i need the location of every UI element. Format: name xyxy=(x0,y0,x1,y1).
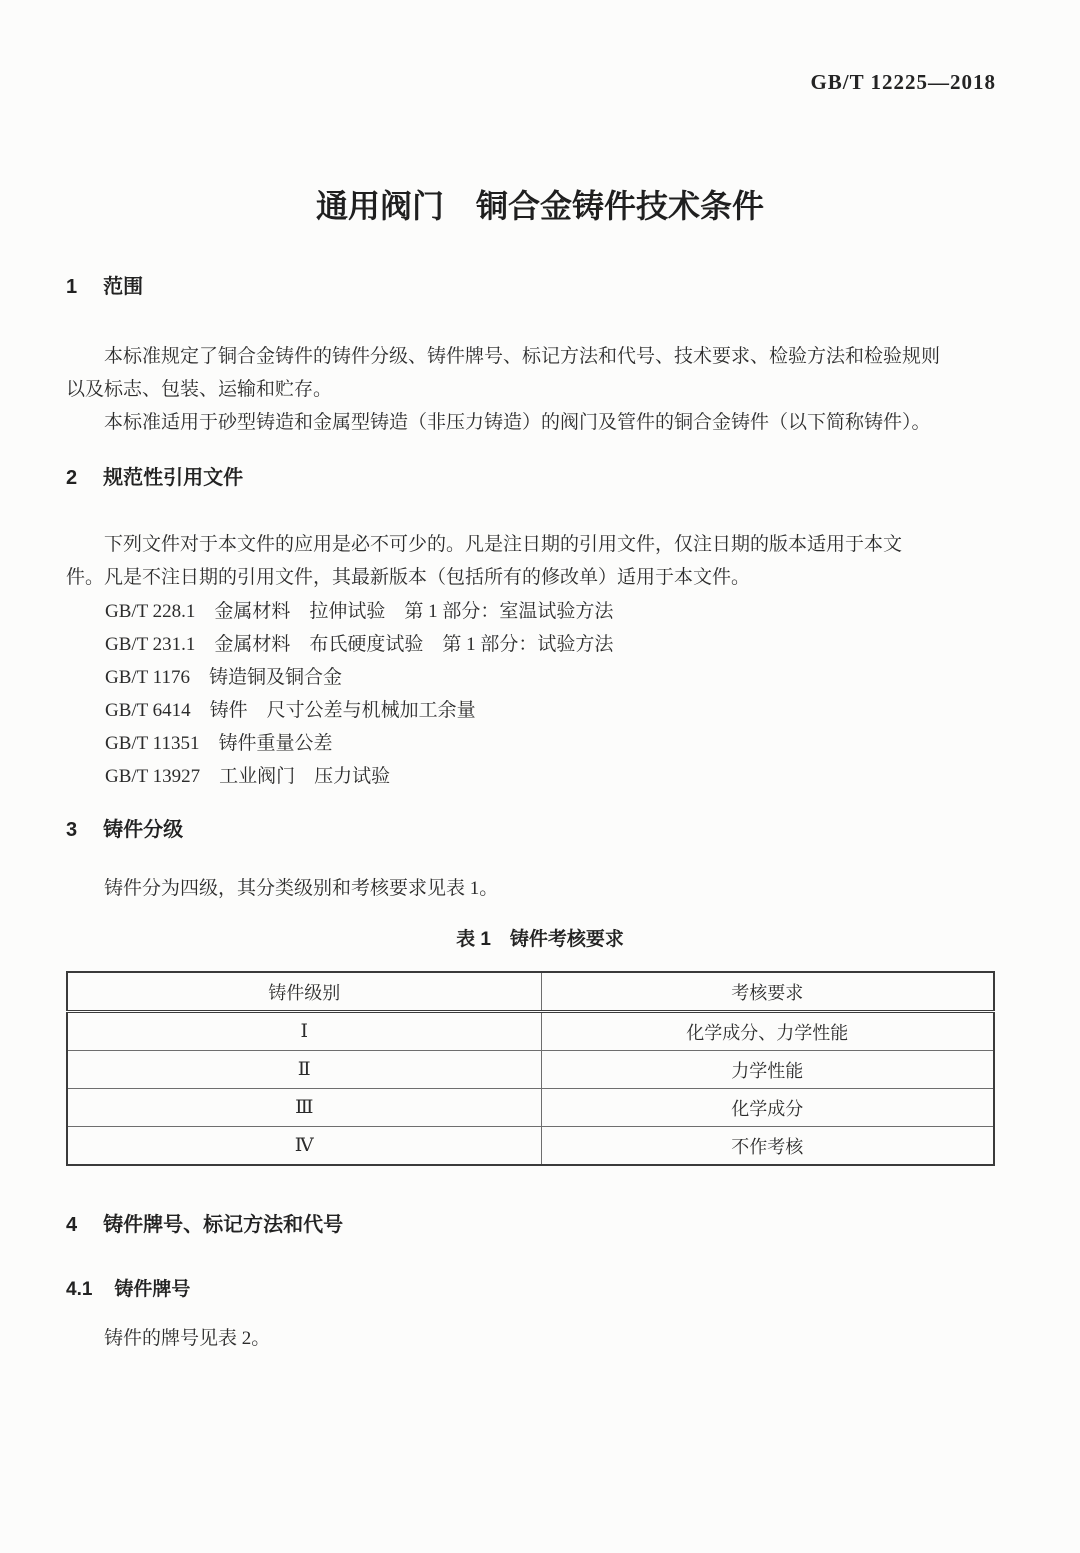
table-1: 铸件级别 考核要求 Ⅰ 化学成分、力学性能 Ⅱ 力学性能 Ⅲ 化学成分 Ⅳ 不作… xyxy=(66,971,995,1166)
section-2-body: 下列文件对于本文件的应用是必不可少的。凡是注日期的引用文件，仅注日期的版本适用于… xyxy=(66,528,1010,594)
table-row: Ⅰ 化学成分、力学性能 xyxy=(67,1012,994,1051)
paragraph-line: 以及标志、包装、运输和贮存。 xyxy=(66,373,1010,406)
section-2-title: 规范性引用文件 xyxy=(103,467,243,489)
table-cell-requirement: 化学成分、力学性能 xyxy=(541,1012,994,1051)
section-2-heading: 2规范性引用文件 xyxy=(66,464,243,492)
table-row: Ⅱ 力学性能 xyxy=(67,1051,994,1089)
reference-item: GB/T 13927 工业阀门 压力试验 xyxy=(105,760,613,793)
table-1-header-cell: 考核要求 xyxy=(541,972,994,1012)
section-1-number: 1 xyxy=(66,273,77,301)
table-1-header-cell: 铸件级别 xyxy=(67,972,541,1012)
table-cell-grade: Ⅳ xyxy=(67,1127,541,1166)
standard-code: GB/T 12225—2018 xyxy=(810,70,996,95)
section-4-title: 铸件牌号、标记方法和代号 xyxy=(103,1214,343,1236)
table-row: Ⅳ 不作考核 xyxy=(67,1127,994,1166)
table-1-caption: 表 1 铸件考核要求 xyxy=(0,924,1080,951)
document-title: 通用阀门 铜合金铸件技术条件 xyxy=(0,186,1080,226)
reference-item: GB/T 228.1 金属材料 拉伸试验 第 1 部分：室温试验方法 xyxy=(105,595,613,628)
section-2-number: 2 xyxy=(66,464,77,492)
table-cell-requirement: 化学成分 xyxy=(541,1089,994,1127)
reference-item: GB/T 1176 铸造铜及铜合金 xyxy=(105,661,613,694)
reference-item: GB/T 231.1 金属材料 布氏硬度试验 第 1 部分：试验方法 xyxy=(105,628,613,661)
paragraph-line: 本标准适用于砂型铸造和金属型铸造（非压力铸造）的阀门及管件的铜合金铸件（以下简称… xyxy=(66,406,1010,439)
table-row: Ⅲ 化学成分 xyxy=(67,1089,994,1127)
section-1-heading: 1范围 xyxy=(66,273,143,301)
reference-item: GB/T 6414 铸件 尺寸公差与机械加工余量 xyxy=(105,694,613,727)
paragraph-line: 下列文件对于本文件的应用是必不可少的。凡是注日期的引用文件，仅注日期的版本适用于… xyxy=(66,528,1010,561)
normative-references-list: GB/T 228.1 金属材料 拉伸试验 第 1 部分：室温试验方法 GB/T … xyxy=(105,595,613,793)
section-4-body: 铸件的牌号见表 2。 xyxy=(66,1322,1010,1355)
section-4-number: 4 xyxy=(66,1211,77,1239)
table-cell-requirement: 不作考核 xyxy=(541,1127,994,1166)
section-4-1-title: 铸件牌号 xyxy=(114,1279,190,1300)
table-cell-grade: Ⅲ xyxy=(67,1089,541,1127)
section-1-body: 本标准规定了铜合金铸件的铸件分级、铸件牌号、标记方法和代号、技术要求、检验方法和… xyxy=(66,340,1010,439)
section-3-number: 3 xyxy=(66,816,77,844)
paragraph-line: 铸件分为四级，其分类级别和考核要求见表 1。 xyxy=(66,872,1010,905)
table-cell-grade: Ⅰ xyxy=(67,1012,541,1051)
table-1-header-row: 铸件级别 考核要求 xyxy=(67,972,994,1012)
section-3-title: 铸件分级 xyxy=(103,819,183,841)
paragraph-line: 铸件的牌号见表 2。 xyxy=(66,1322,1010,1355)
section-4-1-heading: 4.1铸件牌号 xyxy=(66,1276,190,1304)
section-3-body: 铸件分为四级，其分类级别和考核要求见表 1。 xyxy=(66,872,1010,905)
table-cell-grade: Ⅱ xyxy=(67,1051,541,1089)
paragraph-line: 本标准规定了铜合金铸件的铸件分级、铸件牌号、标记方法和代号、技术要求、检验方法和… xyxy=(66,340,1010,373)
section-1-title: 范围 xyxy=(103,276,143,298)
document-page: GB/T 12225—2018 通用阀门 铜合金铸件技术条件 1范围 本标准规定… xyxy=(0,0,1080,1553)
section-3-heading: 3铸件分级 xyxy=(66,816,183,844)
section-4-1-number: 4.1 xyxy=(66,1276,92,1304)
table-cell-requirement: 力学性能 xyxy=(541,1051,994,1089)
reference-item: GB/T 11351 铸件重量公差 xyxy=(105,727,613,760)
paragraph-line: 件。凡是不注日期的引用文件，其最新版本（包括所有的修改单）适用于本文件。 xyxy=(66,561,1010,594)
section-4-heading: 4铸件牌号、标记方法和代号 xyxy=(66,1211,343,1239)
